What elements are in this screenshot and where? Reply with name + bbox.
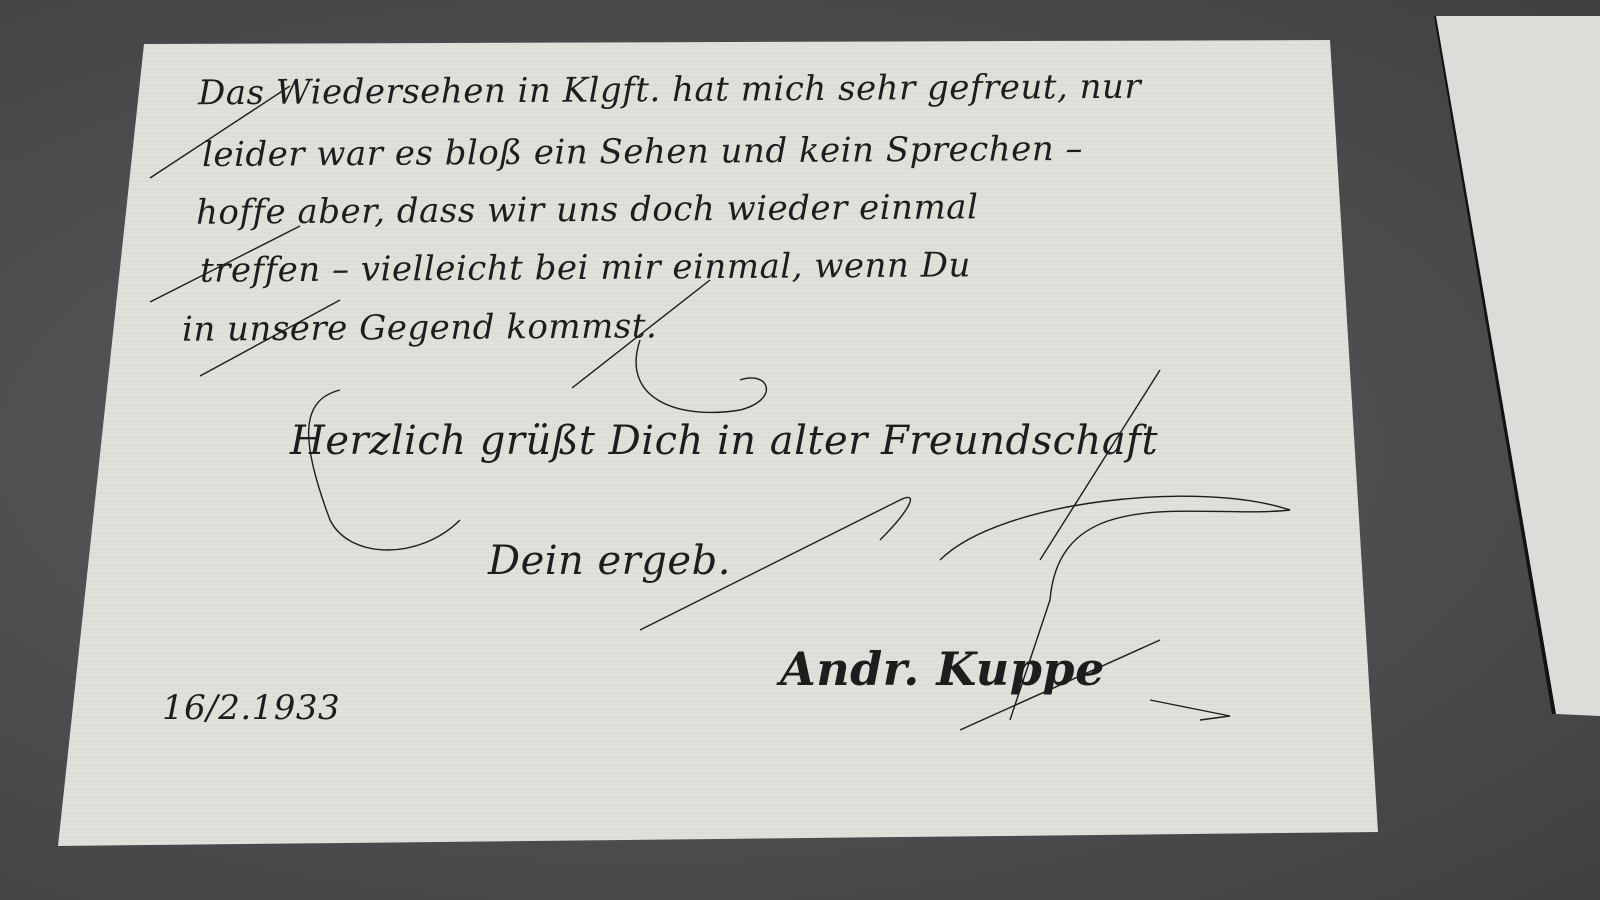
signature: Andr. Kuppe — [780, 642, 1105, 696]
letter-valediction: Dein ergeb. — [488, 538, 731, 584]
letter-line-4: treffen – vielleicht bei mir einmal, wen… — [200, 245, 971, 290]
photo-scene: Das Wiedersehen in Klgft. hat mich sehr … — [0, 0, 1600, 900]
letter-closing: Herzlich grüßt Dich in alter Freundschaf… — [290, 418, 1158, 464]
letter-line-2: leider war es bloß ein Sehen und kein Sp… — [202, 129, 1083, 175]
letter-line-3: hoffe aber, dass wir uns doch wieder ein… — [196, 187, 979, 232]
letter-line-1: Das Wiedersehen in Klgft. hat mich sehr … — [198, 67, 1141, 114]
letter-line-5: in unsere Gegend kommst. — [182, 306, 658, 349]
letter-date: 16/2.1933 — [162, 688, 340, 728]
